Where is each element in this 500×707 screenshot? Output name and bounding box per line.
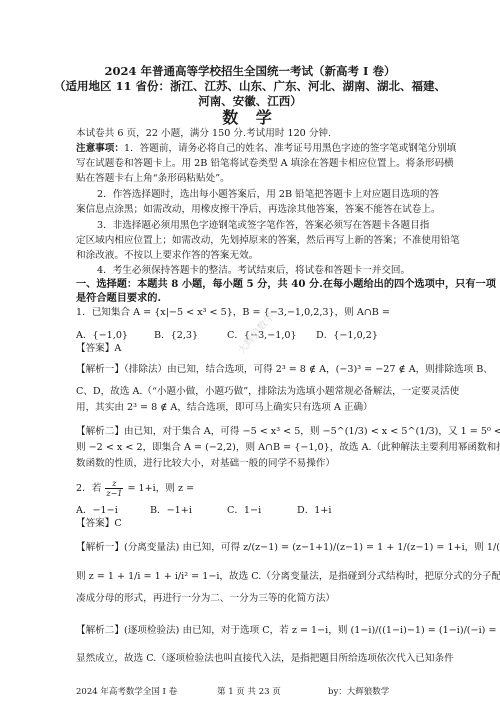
question-2-option-a: A．−1−i [76, 502, 118, 516]
question-2-solution-1-cont: 则 z = 1 + 1/i = 1 + i/i² = 1−i，故选 C.（分离变… [76, 570, 500, 583]
question-1-solution-2: 【解析二】由已知，对于集合 A，可得 −5 < x³ < 5，则 −5^(1/3… [76, 425, 500, 438]
exam-page: 2024 年普通高等学校招生全国统一考试（新高考 I 卷） （适用地区 11 省… [0, 0, 500, 707]
section-heading-cont: 是符合题目要求的. [76, 292, 161, 305]
footer-left: 2024 年高考数学全国 I 卷 [76, 685, 177, 697]
notes-item-2-cont: 案信息点涂黑；如需改动，用橡皮擦干净后，再选涂其他答案，答案不能答在试卷上。 [76, 203, 441, 216]
intro-text: 本试卷共 6 页，22 小题，满分 150 分.考试用时 120 分钟. [76, 127, 331, 140]
question-2-solution-2: 【解析二】(逐项检验法) 由已知，对于选项 C，若 z = 1−i，则 (1−i… [76, 624, 500, 637]
notes-item-3: 3．非选择题必须用黑色字迹钢笔或签字笔作答，答案必须写在答题卡各题目指 [97, 219, 429, 232]
exam-title: 2024 年普通高等学校招生全国统一考试（新高考 I 卷） [0, 63, 500, 79]
subject-title: 数 学 [0, 105, 500, 128]
notes-item-1-cont2: 贴在答题卡右上角“条形码粘贴处”。 [76, 172, 230, 185]
notes-item-1-cont: 写在试题卷和答题卡上。用 2B 铅笔将试卷类型 A 填涂在答题卡相应位置上。将条… [76, 157, 454, 170]
notes-label: 注意事项： [76, 143, 124, 154]
question-2-option-d: D．1+i [297, 502, 332, 516]
notes-item-3-cont: 定区域内相应位置上；如需改动，先划掉原来的答案，然后再写上新的答案；不准使用铅笔 [76, 234, 460, 247]
question-2-solution-2-cont: 显然成立，故选 C.（逐项检验法也叫直接代入法，是指把题目所给选项依次代入已知条… [76, 652, 454, 665]
question-1-solution-1: 【解析一】（排除法）由已知，结合选项，可得 2³ = 8 ∉ A，(−3)³ =… [76, 363, 493, 376]
question-1-option-d: D．{−1,0,2} [316, 327, 378, 341]
question-2-solution-1-cont2: 凑成分母的形式，再进行一分为二、一分为三等的化简方法） [76, 592, 335, 605]
question-2-solution-1: 【解析一】(分离变量法) 由已知，可得 z/(z−1) = (z−1+1)/(z… [76, 541, 500, 554]
notes-item-4: 4．考生必须保持答题卡的整洁。考试结束后，将试卷和答题卡一并交回。 [97, 264, 410, 277]
question-1-answer: 【答案】A [76, 342, 121, 355]
question-2-stem: 2．若 zz−1 = 1+i，则 z = [76, 479, 194, 498]
exam-regions-line1: （适用地区 11 省份：浙江、江苏、山东、广东、河北、湖南、湖北、福建、 [0, 78, 500, 94]
question-1-solution-2-cont: 则 −2 < x < 2，即集合 A = (−2,2)，则 A∩B = {−1,… [76, 441, 500, 454]
question-1-option-b: B．{2,3} [154, 327, 198, 341]
question-2-option-b: B．−1+i [150, 502, 192, 516]
question-2-option-c: C．1−i [227, 502, 261, 516]
question-2-answer: 【答案】C [76, 517, 122, 530]
question-1-stem: 1．已知集合 A = {x|−5 < x³ < 5}，B = {−3,−1,0,… [76, 306, 390, 319]
notes-item-1: 注意事项：1．答题前，请务必将自己的姓名、准考证号用黑色字迹的签字笔或钢笔分别填 [76, 142, 456, 155]
question-1-solution-2-cont2: 数函数的性质，进行比较大小，对基础一般的同学不易操作） [76, 457, 335, 470]
question-1-option-a: A．{−1,0} [76, 327, 128, 341]
notes-item-3-cont2: 和涂改液。不按以上要求作答的答案无效。 [76, 249, 258, 262]
footer-page-number: 第 1 页 共 23 页 [217, 685, 281, 697]
section-heading: 一、选择题：本题共 8 小题，每小题 5 分，共 40 分.在每小题给出的四个选… [76, 278, 496, 291]
fraction: zz−1 [105, 479, 123, 498]
question-1-solution-1-cont: C、D，故选 A.（“小题小做，小题巧做”，排除法为选填小题常规必备解法，一定要… [76, 385, 459, 398]
notes-item-2: 2．作答选择题时，选出每小题答案后，用 2B 铅笔把答题卡上对应题目选项的答 [97, 188, 439, 201]
footer-author: by：大辉狼数学 [328, 685, 389, 697]
question-1-solution-1-cont2: 用，其实由 2³ = 8 ∉ A，结合选项，即可马上确实只有选项 A 正确） [76, 401, 373, 414]
